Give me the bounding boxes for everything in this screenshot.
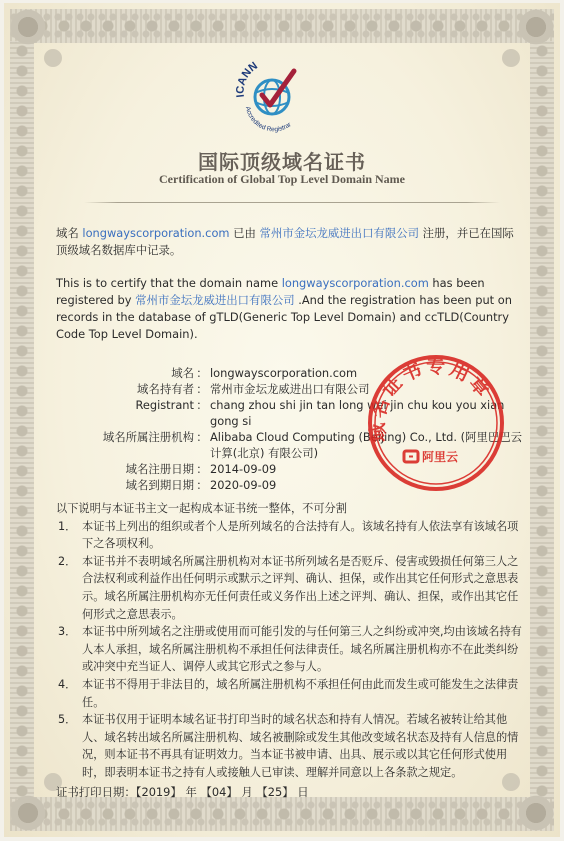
- corner-ornament-icon: [516, 793, 556, 833]
- intro-en-domain: longwayscorporation.com: [282, 276, 429, 290]
- print-date: 证书打印日期：【2019】 年 【04】 月 【25】 日: [56, 784, 309, 800]
- detail-value: chang zhou shi jin tan long wei jin chu …: [210, 397, 526, 429]
- print-date-day: 【25】: [256, 785, 293, 799]
- detail-value: 2014-09-09: [210, 461, 526, 477]
- note-text: 本证书仅用于证明本域名证书打印当时的域名状态和持有人情况。若域名被转让给其他人、…: [82, 711, 526, 781]
- icann-accredited-registrar-icon: ICANN Accredited Registrar: [232, 55, 312, 135]
- note-number: 1．: [56, 518, 82, 553]
- logo-text-bottom: Accredited Registrar: [244, 106, 293, 133]
- note-text: 本证书不得用于非法目的，域名所属注册机构不承担任何由此而发生或可能发生之法律责任…: [82, 676, 526, 711]
- detail-row-domain: 域名：longwayscorporation.com: [56, 365, 526, 381]
- detail-colon: ：: [194, 397, 210, 429]
- note-number: 4．: [56, 676, 82, 711]
- certificate-title-cn: 国际顶级域名证书: [4, 146, 560, 175]
- note-item: 4．本证书不得用于非法目的，域名所属注册机构不承担任何由此而发生或可能发生之法律…: [56, 676, 526, 711]
- print-date-label: 证书打印日期：: [56, 785, 136, 799]
- print-date-month: 【04】: [200, 785, 237, 799]
- flourish-icon: [44, 49, 62, 67]
- intro-cn-domain: longwayscorporation.com: [82, 226, 229, 240]
- detail-colon: ：: [194, 477, 210, 493]
- terms-notes: 以下说明与本证书主文一起构成本证书统一整体，不可分割 1．本证书上列出的组织或者…: [56, 500, 526, 782]
- detail-label: 域名持有者: [56, 381, 194, 397]
- print-date-month-unit: 月: [238, 785, 257, 799]
- intro-paragraph-en: This is to certify that the domain name …: [56, 275, 516, 343]
- svg-text:Accredited Registrar: Accredited Registrar: [244, 106, 293, 133]
- note-item: 3．本证书中所列域名之注册或使用而可能引发的与任何第三人之纠纷或冲突,均由该域名…: [56, 623, 526, 676]
- print-date-day-unit: 日: [294, 785, 309, 799]
- title-divider: [84, 202, 500, 203]
- detail-label: 域名到期日期: [56, 477, 194, 493]
- corner-ornament-icon: [8, 7, 48, 47]
- note-item: 1．本证书上列出的组织或者个人是所列域名的合法持有人。该域名持有人依法享有该域名…: [56, 518, 526, 553]
- detail-label: 域名: [56, 365, 194, 381]
- intro-en-company: 常州市金坛龙威进出口有限公司: [135, 293, 294, 307]
- ornamental-border-bottom: [10, 797, 554, 831]
- flourish-icon: [502, 49, 520, 67]
- detail-row-registrant: Registrant：chang zhou shi jin tan long w…: [56, 397, 526, 429]
- detail-colon: ：: [194, 429, 210, 461]
- intro-cn-company: 常州市金坛龙威进出口有限公司: [260, 226, 419, 240]
- note-number: 2．: [56, 553, 82, 623]
- ornamental-border-top: [10, 9, 554, 43]
- intro-cn-mid: 已由: [230, 226, 260, 240]
- note-item: 2．本证书并不表明域名所属注册机构对本证书所列域名是否贬斥、侵害或毁损任何第三人…: [56, 553, 526, 623]
- note-number: 5．: [56, 711, 82, 781]
- note-text: 本证书上列出的组织或者个人是所列域名的合法持有人。该域名持有人依法享有该域名项下…: [82, 518, 526, 553]
- detail-label: 域名注册日期: [56, 461, 194, 477]
- notes-intro: 以下说明与本证书主文一起构成本证书统一整体，不可分割: [56, 500, 526, 518]
- detail-row-registrar: 域名所属注册机构：Alibaba Cloud Computing (Beijin…: [56, 429, 526, 461]
- corner-ornament-icon: [8, 793, 48, 833]
- detail-value: Alibaba Cloud Computing (Beijing) Co., L…: [210, 429, 526, 461]
- print-date-year: 【2019】: [136, 785, 182, 799]
- detail-row-expiry-date: 域名到期日期：2020-09-09: [56, 477, 526, 493]
- detail-row-registration-date: 域名注册日期：2014-09-09: [56, 461, 526, 477]
- note-text: 本证书中所列域名之注册或使用而可能引发的与任何第三人之纠纷或冲突,均由该域名持有…: [82, 623, 526, 676]
- intro-cn-prefix: 域名: [56, 226, 82, 240]
- print-date-year-unit: 年: [182, 785, 201, 799]
- detail-value: 2020-09-09: [210, 477, 526, 493]
- certificate-page: ICANN Accredited Registrar 国际顶级域名证书 Cert…: [4, 3, 560, 837]
- note-number: 3．: [56, 623, 82, 676]
- note-text: 本证书并不表明域名所属注册机构对本证书所列域名是否贬斥、侵害或毁损任何第三人之合…: [82, 553, 526, 623]
- detail-colon: ：: [194, 461, 210, 477]
- certificate-title-en: Certification of Global Top Level Domain…: [4, 172, 560, 187]
- detail-value: longwayscorporation.com: [210, 365, 526, 381]
- corner-ornament-icon: [516, 7, 556, 47]
- detail-value: 常州市金坛龙威进出口有限公司: [210, 381, 526, 397]
- note-item: 5．本证书仅用于证明本域名证书打印当时的域名状态和持有人情况。若域名被转让给其他…: [56, 711, 526, 781]
- intro-en-prefix: This is to certify that the domain name: [56, 276, 282, 290]
- detail-label: Registrant: [56, 397, 194, 429]
- intro-paragraph-cn: 域名 longwayscorporation.com 已由 常州市金坛龙威进出口…: [56, 225, 516, 259]
- detail-label: 域名所属注册机构: [56, 429, 194, 461]
- detail-row-holder: 域名持有者：常州市金坛龙威进出口有限公司: [56, 381, 526, 397]
- detail-colon: ：: [194, 381, 210, 397]
- domain-details: 域名：longwayscorporation.com 域名持有者：常州市金坛龙威…: [56, 365, 526, 493]
- detail-colon: ：: [194, 365, 210, 381]
